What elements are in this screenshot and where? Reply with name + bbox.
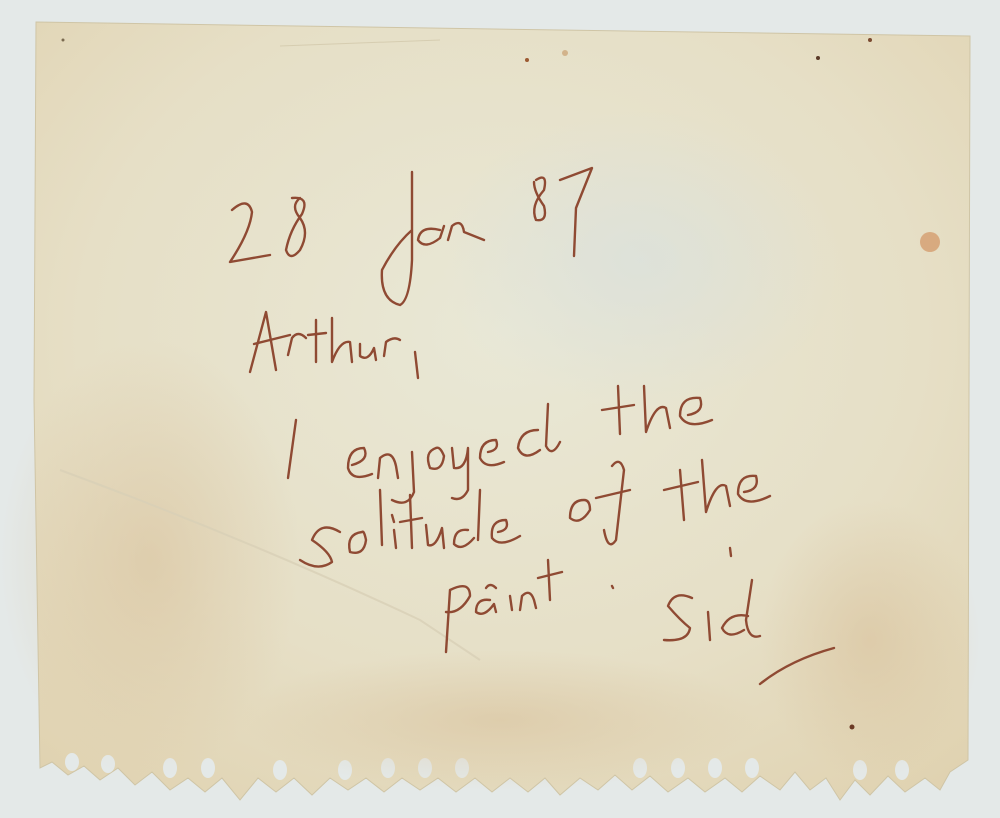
ink-spot bbox=[920, 232, 940, 252]
photo-scene: 28 Jan 87 Arthur, I enjoyed the solitude… bbox=[0, 0, 1000, 818]
